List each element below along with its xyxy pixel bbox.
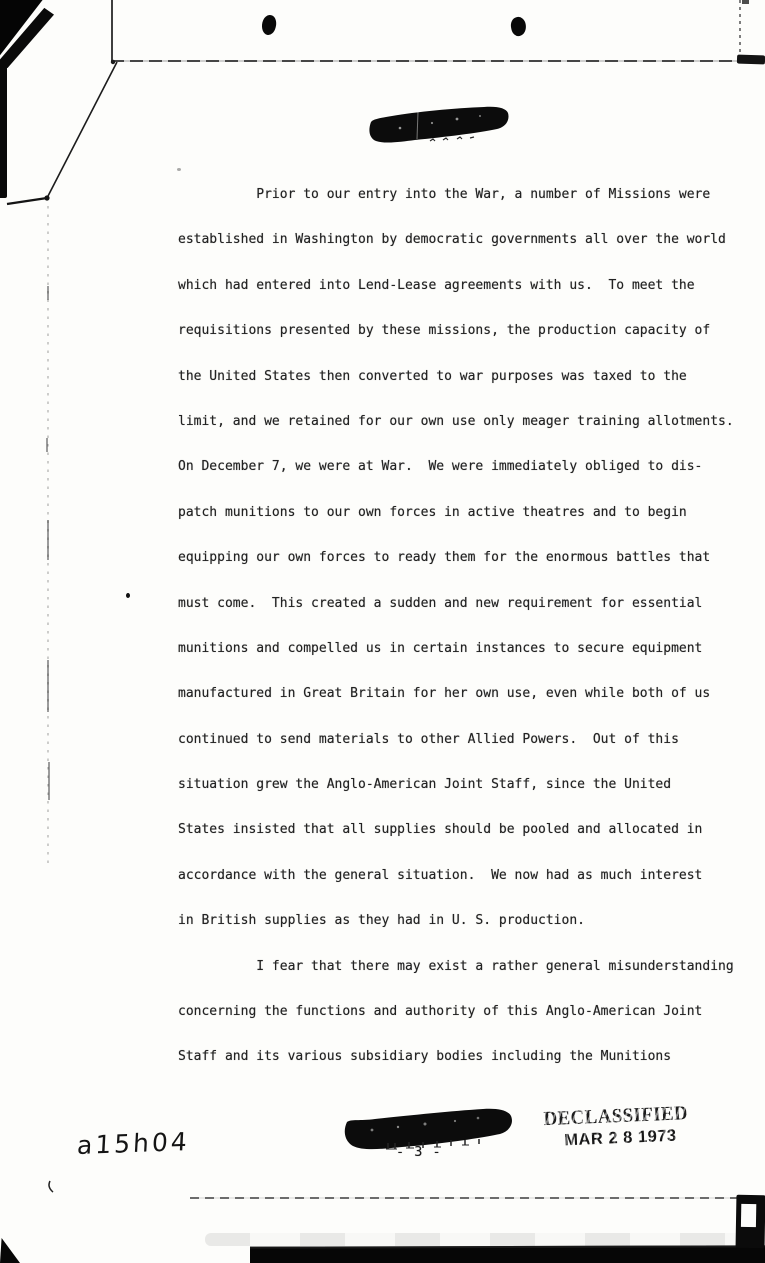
text-line: patch munitions to our own forces in act… [178,490,753,535]
text-line: On December 7, we were at War. We were i… [178,444,753,489]
declassified-stamp: DECLASSIFIED MAR 2 8 1973 [543,1102,697,1151]
letter-body-text: Prior to our entry into the War, a numbe… [178,172,753,1080]
text-line: Staff and its various subsidiary bodies … [178,1034,753,1079]
text-line: requisitions presented by these missions… [178,308,753,353]
text-line: limit, and we retained for our own use o… [178,399,753,444]
text-line: manufactured in Great Britain for her ow… [178,671,753,716]
text-line: must come. This created a sudden and new… [178,581,753,626]
text-line: situation grew the Anglo-American Joint … [178,762,753,807]
text-line: which had entered into Lend-Lease agreem… [178,263,753,308]
text-line: in British supplies as they had in U. S.… [178,898,753,943]
text-line: Prior to our entry into the War, a numbe… [178,172,753,217]
text-line: the United States then converted to war … [178,354,753,399]
text-line: established in Washington by democratic … [178,217,753,262]
top-redaction-stamp [369,107,508,143]
handwritten-archive-note: a15h04 [76,1127,190,1160]
text-line: I fear that there may exist a rather gen… [178,944,753,989]
text-line: continued to send materials to other All… [178,717,753,762]
text-line: equipping our own forces to ready them f… [178,535,753,580]
text-line: States insisted that all supplies should… [178,807,753,852]
text-line: accordance with the general situation. W… [178,853,753,898]
text-line: munitions and compelled us in certain in… [178,626,753,671]
text-line: concerning the functions and authority o… [178,989,753,1034]
scanned-page: Prior to our entry into the War, a numbe… [0,0,765,1263]
page-number: - 3 - [396,1144,442,1160]
